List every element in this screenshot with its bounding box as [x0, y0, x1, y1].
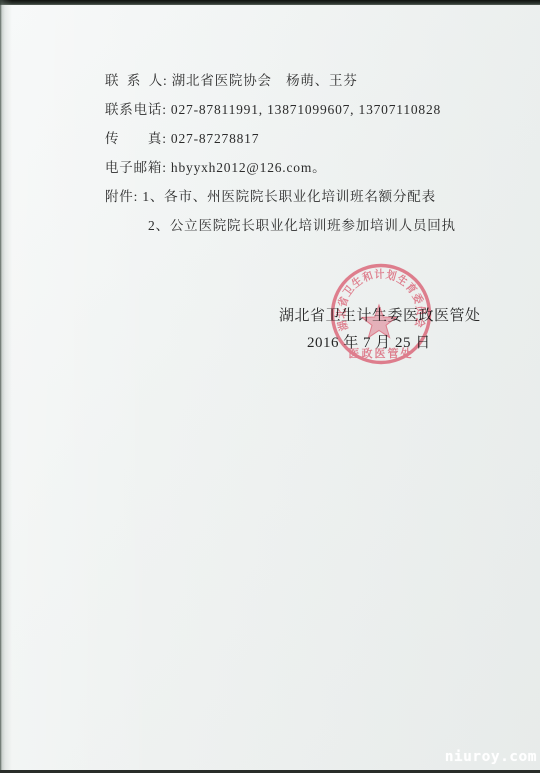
scan-edge-top	[0, 0, 540, 5]
signature-department: 湖北省卫生计生委医政医管处	[279, 304, 481, 325]
fax-line: 传 真: 027-87278817	[105, 129, 259, 148]
contact-person-line: 联 系 人: 湖北省医院协会 杨萌、王芬	[105, 71, 358, 90]
scan-edge-left	[0, 0, 12, 773]
attachment-item-1: 附件: 1、各市、州医院院长职业化培训班名额分配表	[105, 187, 436, 206]
site-watermark: niuroy.com	[445, 749, 537, 765]
attachment-item-2: 2、公立医院院长职业化培训班参加培训人员回执	[148, 216, 456, 235]
signature-date: 2016 年 7 月 25 日	[307, 331, 431, 352]
scanned-document-page: 联 系 人: 湖北省医院协会 杨萌、王芬 联系电话: 027-87811991,…	[0, 0, 540, 773]
email-line: 电子邮箱: hbyyxh2012@126.com。	[105, 158, 326, 177]
contact-phone-line: 联系电话: 027-87811991, 13871099607, 1370711…	[105, 100, 441, 119]
